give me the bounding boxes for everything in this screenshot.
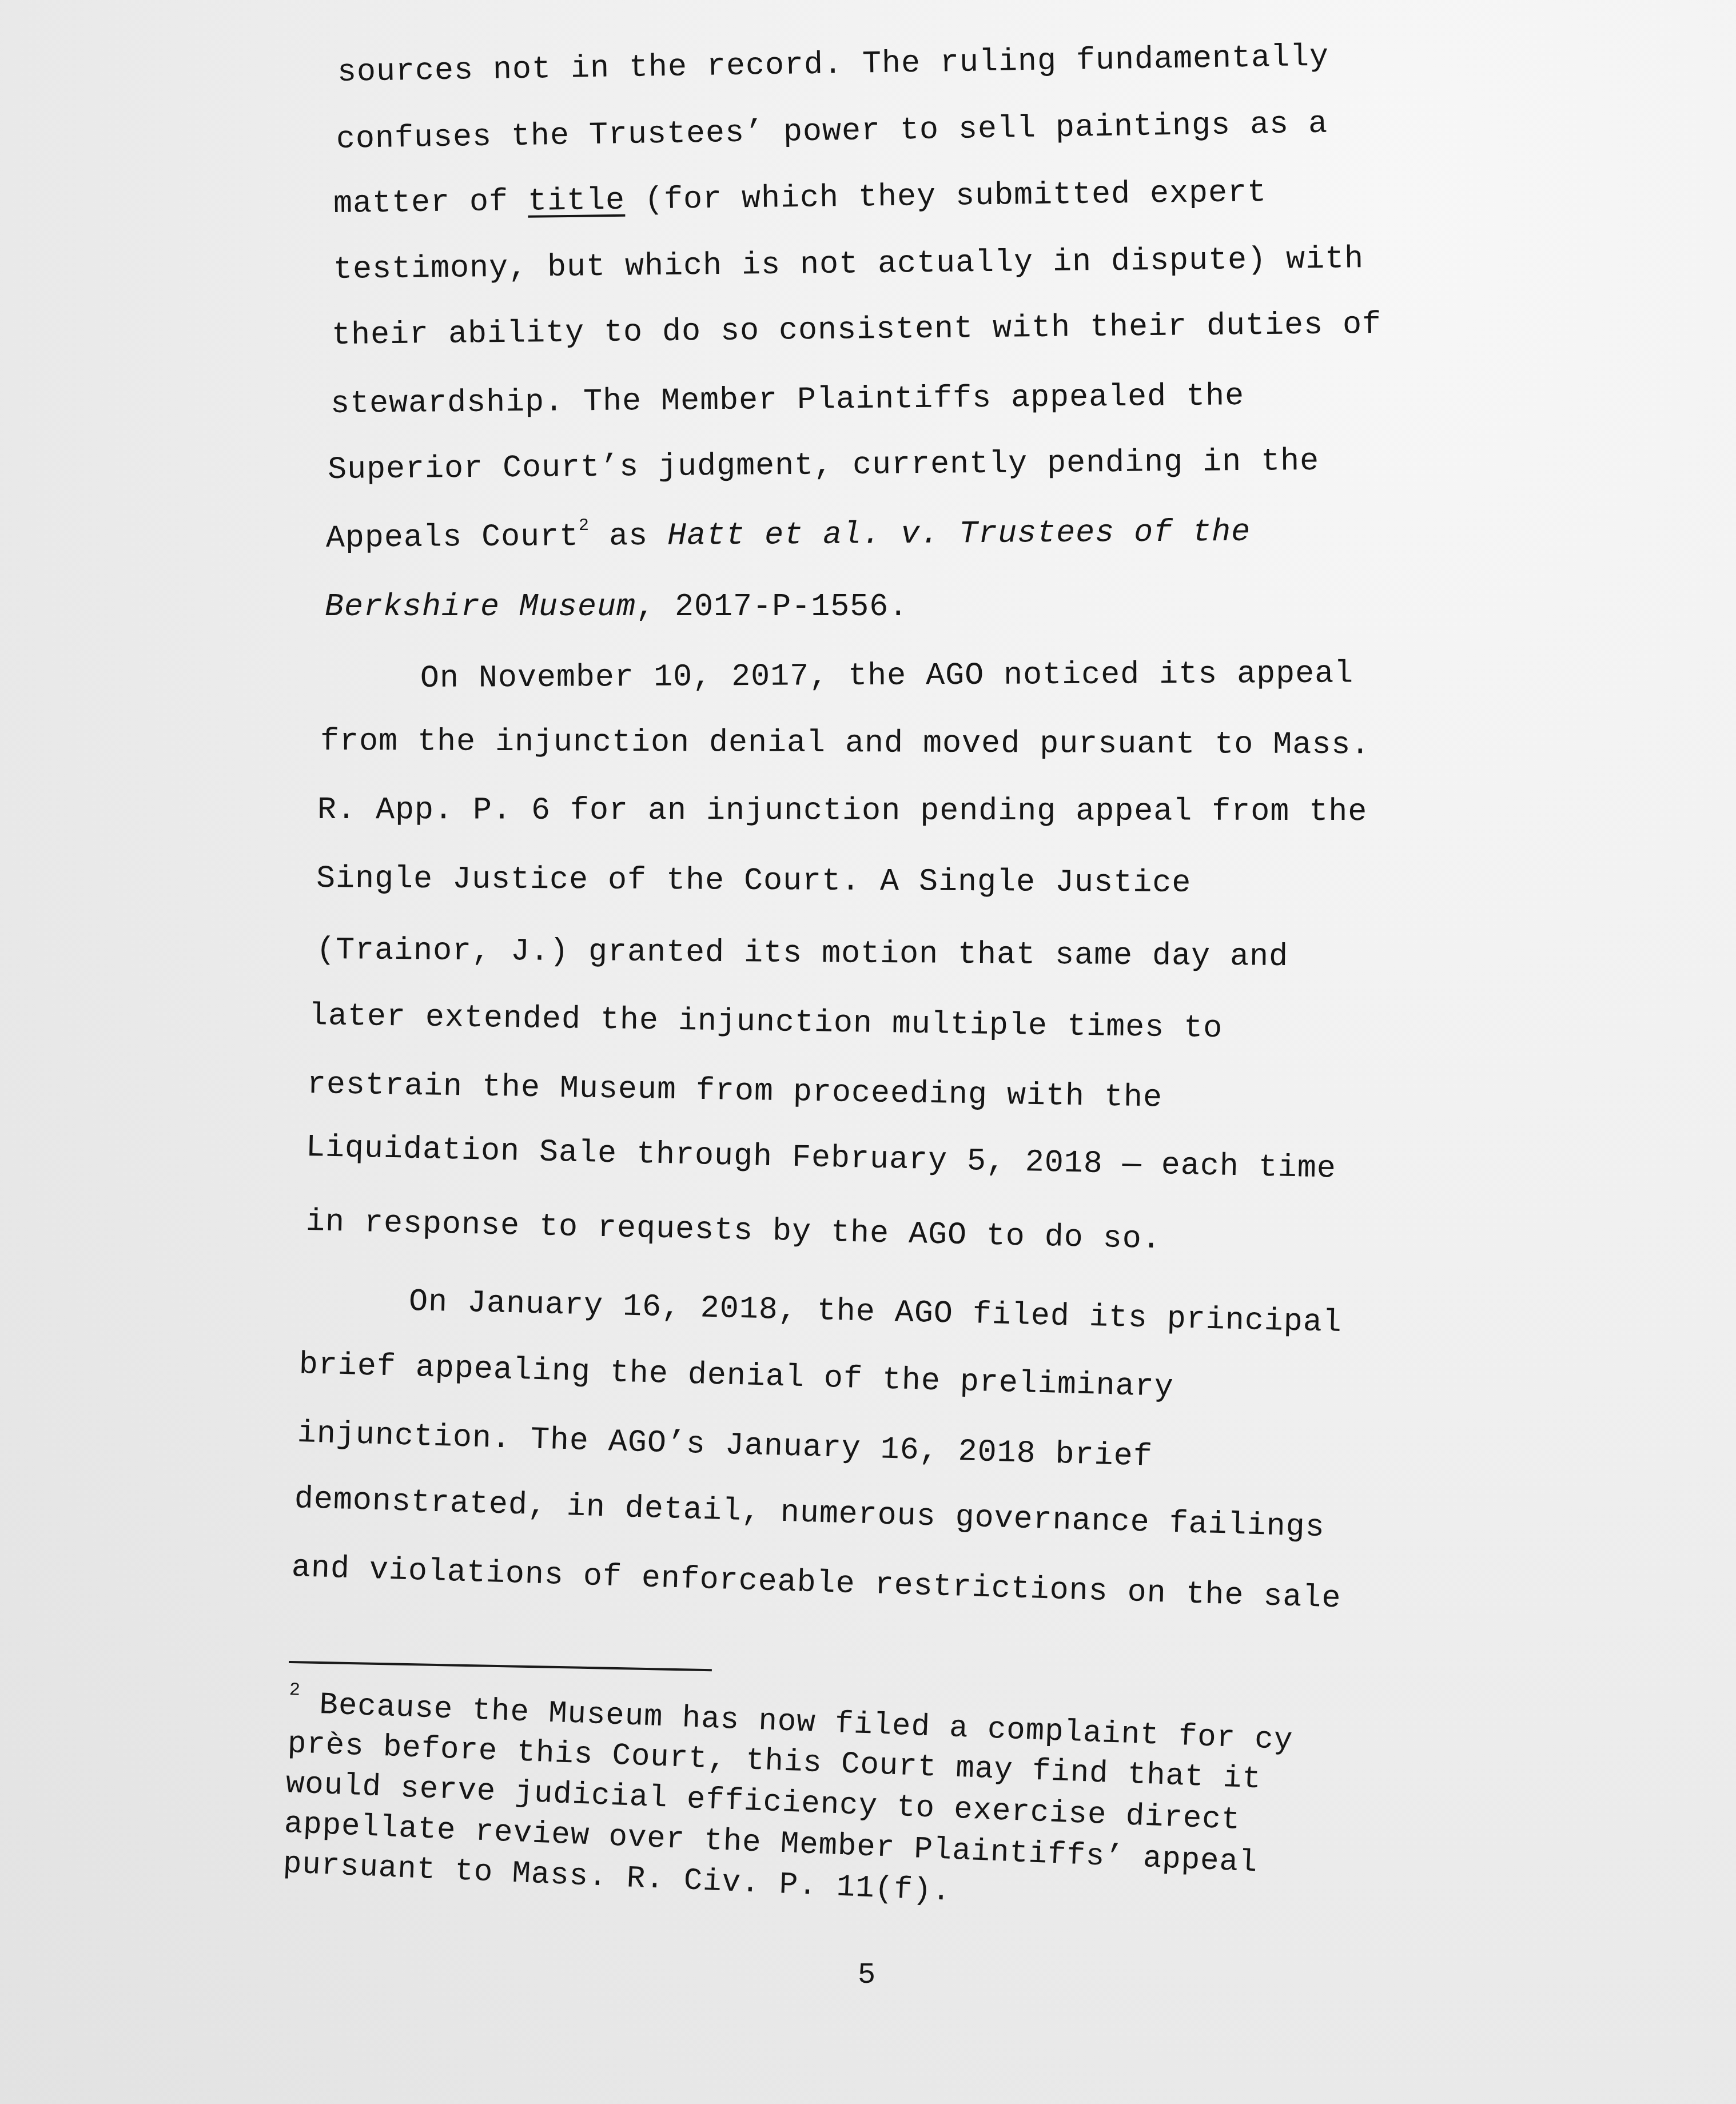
body-line: in response to requests by the AGO to do… <box>305 1204 1161 1257</box>
body-text: Appeals Court <box>326 519 579 556</box>
body-line: demonstrated, in detail, numerous govern… <box>294 1481 1325 1545</box>
footnote-separator <box>289 1661 712 1671</box>
body-line: Appeals Court2 as Hatt et al. v. Trustee… <box>326 514 1251 556</box>
underlined-term: title <box>528 182 626 220</box>
document-page: sources not in the record. The ruling fu… <box>0 0 1736 2104</box>
paragraph-start-line: On January 16, 2018, the AGO filed its p… <box>408 1284 1342 1341</box>
body-line: testimony, but which is not actually in … <box>333 241 1364 288</box>
body-line: sources not in the record. The ruling fu… <box>337 39 1329 90</box>
body-line: stewardship. The Member Plaintiffs appea… <box>331 378 1245 422</box>
body-line: confuses the Trustees’ power to sell pai… <box>336 106 1328 157</box>
body-line: Berkshire Museum, 2017-P-1556. <box>325 589 908 625</box>
body-line: R. App. P. 6 for an injunction pending a… <box>317 792 1367 830</box>
body-line: restrain the Museum from proceeding with… <box>307 1066 1163 1115</box>
body-line: (Trainor, J.) granted its motion that sa… <box>316 932 1289 975</box>
footnote-reference[interactable]: 2 <box>579 516 590 536</box>
body-text: , 2017-P-1556. <box>636 589 908 625</box>
body-line: Liquidation Sale through February 5, 201… <box>305 1129 1336 1187</box>
case-citation: Hatt et al. v. Trustees of the <box>667 514 1251 554</box>
body-text: matter of <box>333 184 528 222</box>
body-text: (for which they submitted expert <box>625 174 1267 218</box>
body-line: Superior Court’s judgment, currently pen… <box>328 443 1320 488</box>
case-citation: Berkshire Museum <box>325 589 636 625</box>
body-line: matter of title (for which they submitte… <box>333 174 1267 222</box>
page-number: 5 <box>858 1958 875 1992</box>
body-line: and violations of enforceable restrictio… <box>291 1549 1341 1616</box>
paragraph-start-line: On November 10, 2017, the AGO noticed it… <box>420 655 1354 696</box>
body-line: brief appealing the denial of the prelim… <box>298 1346 1174 1405</box>
body-line: later extended the injunction multiple t… <box>309 998 1223 1046</box>
body-line: their ability to do so consistent with t… <box>332 306 1382 353</box>
footnote-marker: 2 <box>289 1679 301 1701</box>
body-text: as <box>590 518 667 555</box>
body-line: Single Justice of the Court. A Single Ju… <box>316 860 1192 901</box>
body-line: injunction. The AGO’s January 16, 2018 b… <box>297 1415 1153 1475</box>
body-line: from the injunction denial and moved pur… <box>320 723 1371 763</box>
